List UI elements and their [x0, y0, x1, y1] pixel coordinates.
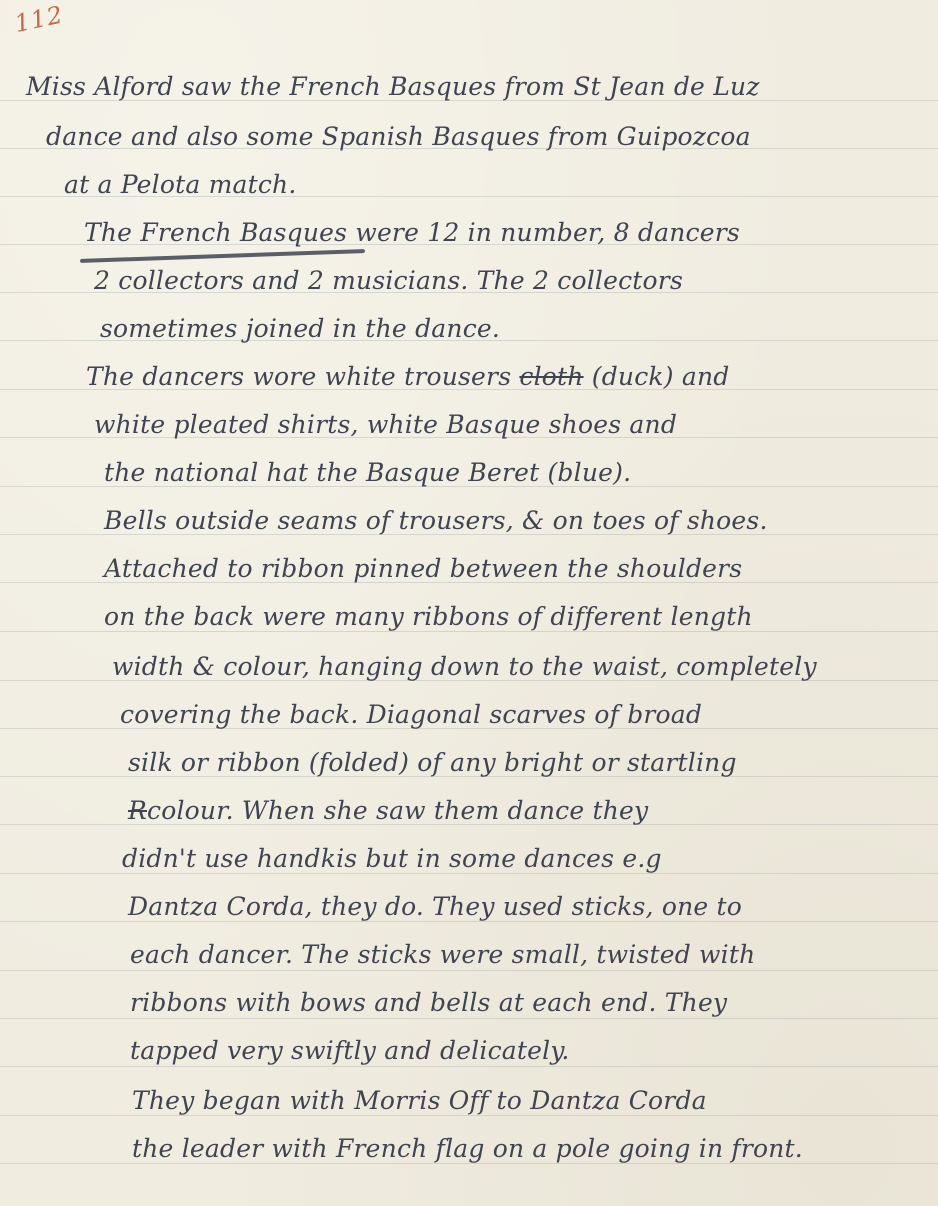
text-line: at a Pelota match. [64, 172, 297, 197]
ruled-line [0, 631, 938, 632]
text-line: the national hat the Basque Beret (blue)… [104, 460, 631, 485]
underline-mark [80, 249, 365, 263]
text-line: Bells outside seams of trousers, & on to… [104, 508, 768, 533]
text-line: The dancers wore white trousers cloth (d… [86, 364, 729, 389]
text-line: The French Basques were 12 in number, 8 … [84, 220, 740, 245]
text-line: sometimes joined in the dance. [100, 316, 500, 341]
text-line: ribbons with bows and bells at each end.… [130, 990, 727, 1015]
text-line: Attached to ribbon pinned between the sh… [104, 556, 742, 581]
text-line: covering the back. Diagonal scarves of b… [120, 702, 702, 727]
text-line-main: The dancers wore white trousers [86, 362, 511, 391]
ruled-line [0, 873, 938, 874]
text-line: didn't use handkis but in some dances e.… [122, 846, 662, 871]
ruled-line [0, 970, 938, 971]
text-line: each dancer. The sticks were small, twis… [130, 942, 755, 967]
ruled-line [0, 1115, 938, 1116]
ruled-line [0, 921, 938, 922]
text-line: Rcolour. When she saw them dance they [128, 798, 648, 823]
text-line: They began with Morris Off to Dantza Cor… [132, 1088, 707, 1113]
ruled-line [0, 1066, 938, 1067]
notebook-page: 112 Miss Alford saw the French Basques f… [0, 0, 938, 1206]
text-line: 2 collectors and 2 musicians. The 2 coll… [94, 268, 683, 293]
struck-word: cloth [519, 362, 583, 391]
text-line: Miss Alford saw the French Basques from … [26, 74, 760, 99]
text-line: dance and also some Spanish Basques from… [46, 124, 751, 149]
text-line: silk or ribbon (folded) of any bright or… [128, 750, 737, 775]
text-line: Dantza Corda, they do. They used sticks,… [128, 894, 742, 919]
text-line-main: colour. When she saw them dance they [147, 796, 648, 825]
text-line: tapped very swiftly and delicately. [130, 1038, 569, 1063]
text-line: on the back were many ribbons of differe… [104, 604, 753, 629]
text-line: the leader with French flag on a pole go… [132, 1136, 803, 1161]
page-number: 112 [12, 0, 66, 38]
struck-letter: R [128, 796, 147, 825]
text-line: white pleated shirts, white Basque shoes… [94, 412, 677, 437]
ruled-line [0, 1018, 938, 1019]
text-line-tail: (duck) and [584, 362, 730, 391]
text-line: width & colour, hanging down to the wais… [112, 654, 817, 679]
ruled-line [0, 1163, 938, 1164]
